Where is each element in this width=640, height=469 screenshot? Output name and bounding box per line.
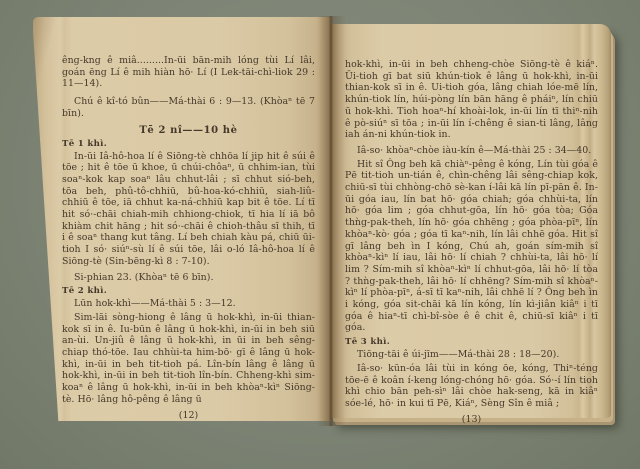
paragraph-beatitudes: Sim-lāi sòng-hiong ê lâng ū hok-khì, in-… [62,312,315,406]
lesson-2-heading: Tē 2 khì. [62,286,315,296]
photo-background: êng-kng ê miâ.........In-ūi bān-mih lóng… [0,0,640,469]
paragraph-prayer-reference: Chú ê kî-tó bûn——Má-thài 6 : 9—13. (Khòa… [62,96,315,119]
right-page-content: hok-khì, in-ūi in beh chheng-chòe Siōng-… [345,59,598,425]
paragraph-lesson-2-title: Lūn hok-khì——Má-thài 5 : 3—12. [62,298,315,310]
paragraph-psalm-reference: Si-phian 23. (Khòaⁿ tē 6 bīn). [62,272,315,284]
left-page: êng-kng ê miâ.........In-ūi bān-mih lóng… [33,17,331,421]
open-book: êng-kng ê miâ.........In-ūi bān-mih lóng… [0,0,640,469]
paragraph-continuation: êng-kng ê miâ.........In-ūi bān-mih lóng… [62,55,315,90]
paragraph-matthew28: Iâ-so· kūn-óa lâi tùi in kóng ōe, kóng, … [345,363,598,410]
left-page-content: êng-kng ê miâ.........In-ūi bān-mih lóng… [62,55,315,421]
left-page-number: (12) [62,410,315,421]
right-page: hok-khì, in-ūi in beh chheng-chòe Siōng-… [331,24,611,418]
paragraph-continuation: hok-khì, in-ūi in beh chheng-chòe Siōng-… [345,59,598,141]
paragraph-matthew28-title: Tiōng-tāi ê úi-jīm——Má-thài 28 : 18—20). [345,349,598,361]
lesson-1-heading: Tē 1 khì. [62,139,315,149]
paragraph-deuteronomy: In-ūi Iâ-hô-hoa lí ê Siōng-tè chhōa lí j… [62,151,315,268]
year-heading: Tē 2 nî——10 hè [62,125,315,136]
right-page-number: (13) [345,414,598,425]
paragraph-matthew25: Hit sî Ông beh kā chiàⁿ-pêng ê kóng, Lín… [345,159,598,335]
lesson-3-heading: Tē 3 khì. [345,337,598,347]
paragraph-matthew25-title: Iâ-so· khòaⁿ-chòe iàu-kín ê—Má-thài 25 :… [345,145,598,157]
